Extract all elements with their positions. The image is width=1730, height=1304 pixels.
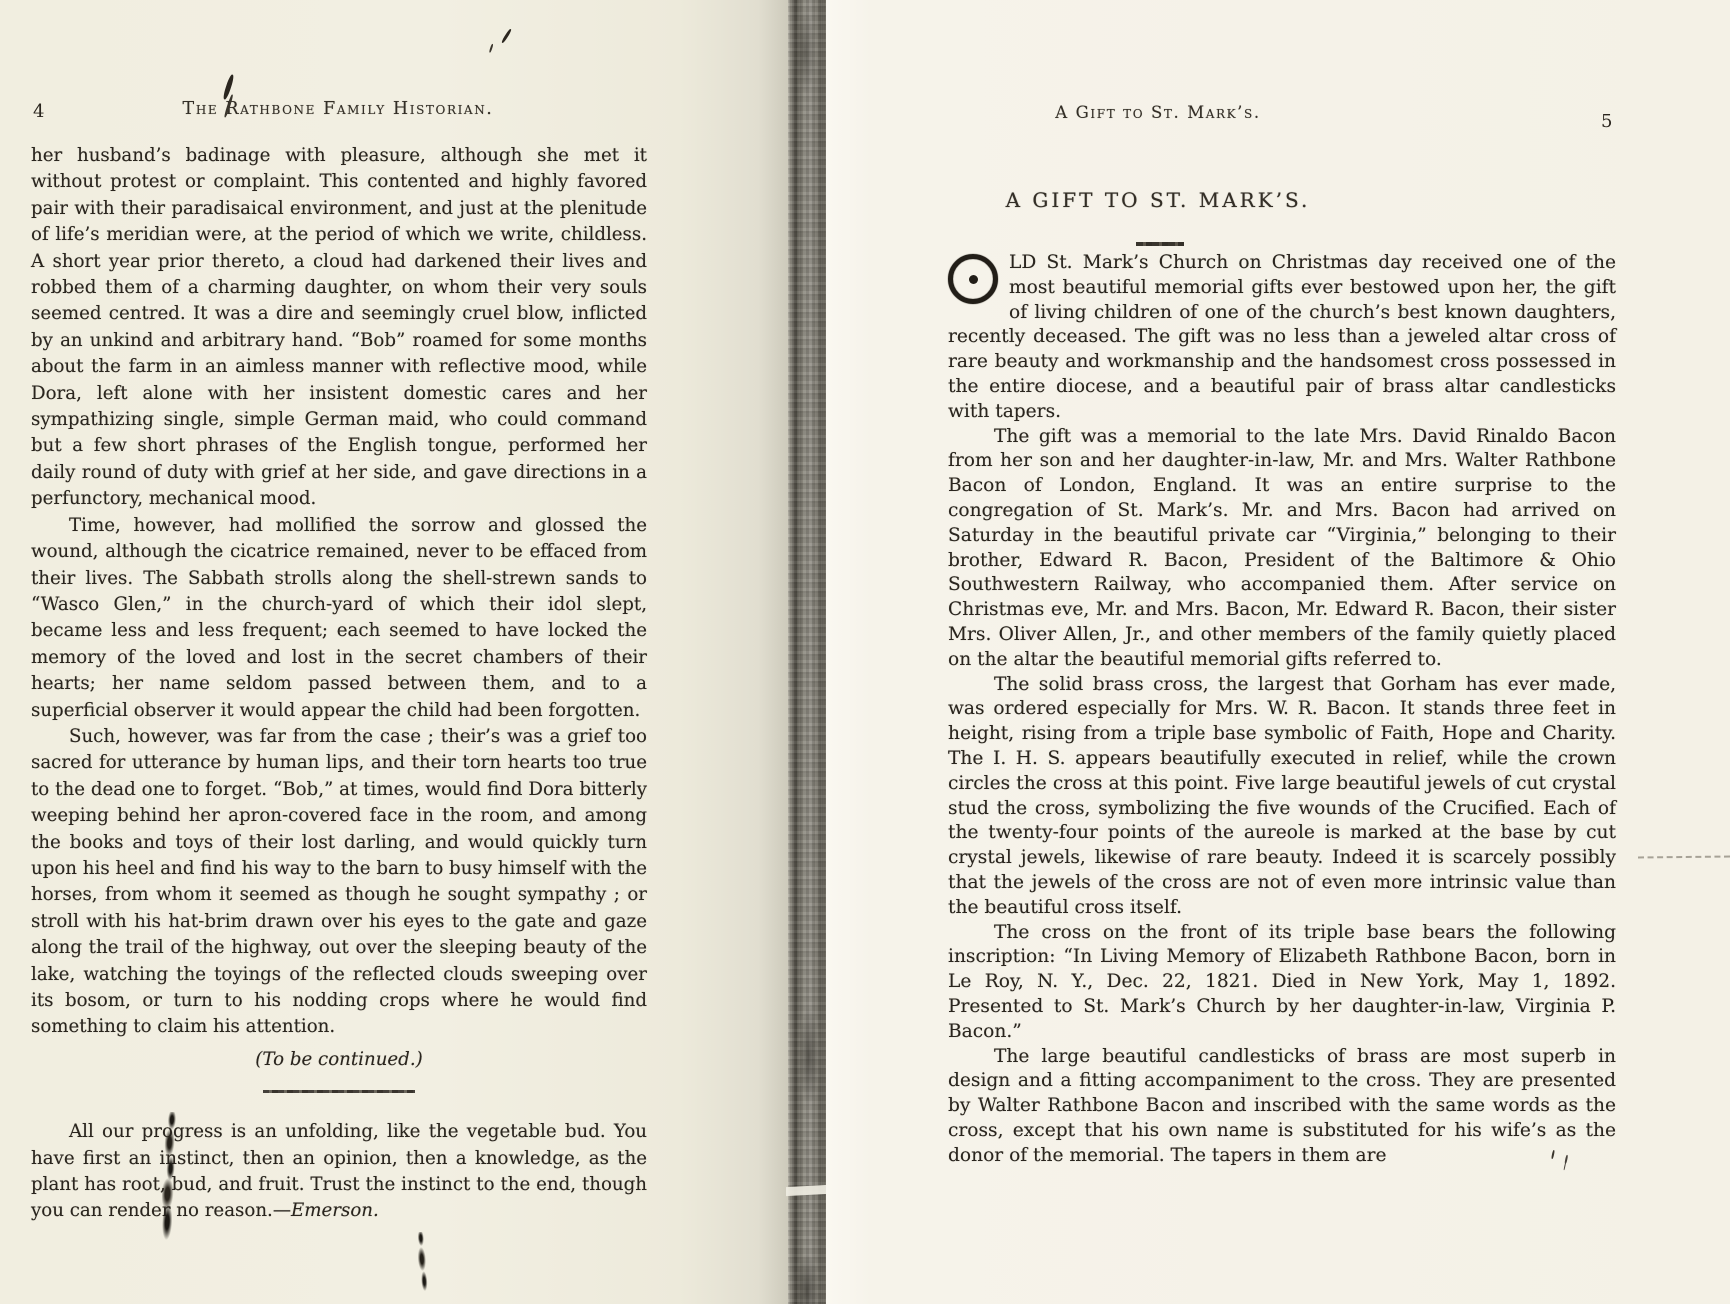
right-running-header: A Gift to St. Mark’s.	[880, 103, 1436, 122]
drop-cap-center-dot	[969, 275, 978, 284]
right-text-column: OLD St. Mark’s Church on Christmas day r…	[948, 251, 1616, 1168]
paragraph: her husband’s badinage with pleasure, al…	[31, 143, 647, 513]
filler-attribution: Emerson.	[291, 1200, 379, 1221]
paragraph: The large beautiful candlesticks of bras…	[948, 1045, 1616, 1169]
paragraph: The gift was a memorial to the late Mrs.…	[948, 425, 1616, 673]
lead-paragraph-text: LD St. Mark’s Church on Christmas day re…	[948, 252, 1616, 422]
right-paragraphs: The gift was a memorial to the late Mrs.…	[948, 425, 1616, 1169]
drop-cap-o-ornament: O	[948, 254, 998, 304]
left-text-column: her husband’s badinage with pleasure, al…	[31, 143, 647, 1225]
left-paragraphs: her husband’s badinage with pleasure, al…	[31, 143, 647, 1041]
page-left: 4 The Rathbone Family Historian. her hus…	[0, 0, 790, 1304]
paragraph: The solid brass cross, the largest that …	[948, 673, 1616, 921]
paragraph: Such, however, was far from the case ; t…	[31, 724, 647, 1041]
right-page-number: 5	[1601, 111, 1613, 132]
article-title: A GIFT TO ST. MARK’S.	[880, 188, 1436, 212]
lead-paragraph: OLD St. Mark’s Church on Christmas day r…	[948, 251, 1616, 425]
continuation-note: (To be continued.)	[31, 1047, 647, 1073]
book-scan: 4 The Rathbone Family Historian. her hus…	[0, 0, 1730, 1304]
paragraph: The cross on the front of its triple bas…	[948, 921, 1616, 1045]
section-divider-rule	[263, 1090, 415, 1093]
filler-quote: All our progress is an unfolding, like t…	[31, 1119, 647, 1225]
binding-gutter-shadow	[788, 0, 826, 1304]
paragraph: Time, however, had mollified the sorrow …	[31, 513, 647, 724]
article-title-rule	[1136, 242, 1184, 246]
left-running-header: The Rathbone Family Historian.	[30, 99, 646, 119]
